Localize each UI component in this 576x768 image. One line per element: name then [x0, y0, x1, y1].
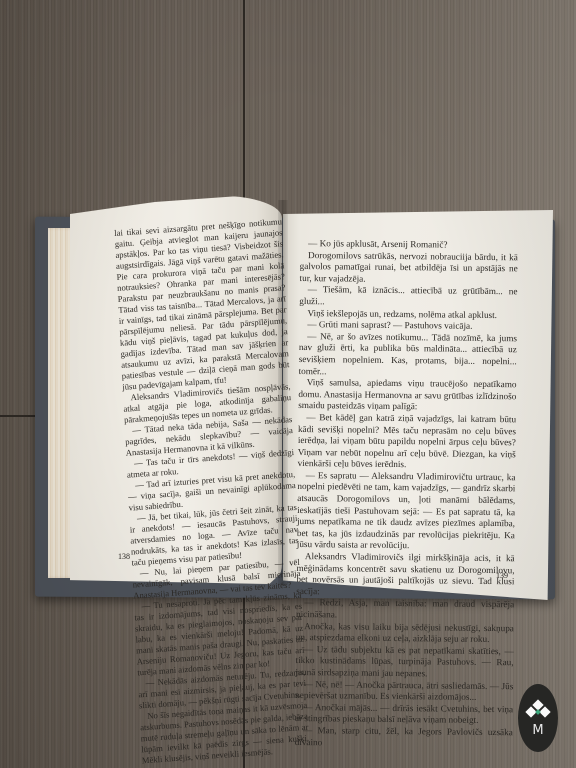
- flower-logo-icon: [526, 700, 550, 722]
- paragraph: — Redzi, Asja, man taisnība: man draud v…: [296, 597, 514, 622]
- paragraph: No šīs negaidītās toņa maiņas it kā uzvē…: [139, 700, 309, 767]
- right-page-text: — Ko jūs apklusāt, Arsenij Romanič? Doro…: [295, 238, 518, 750]
- paragraph: — Uz tādu subjektu kā es pat nepatīkami …: [295, 644, 513, 681]
- paragraph: — Nē, ar šo avīzes notikumu... Tādā nozī…: [299, 331, 517, 380]
- paragraph: — Anočkai mājās... — drīrās iesākt Cvetu…: [295, 702, 513, 727]
- paragraph: Anočka, kas visu laiku bija sēdējusi nek…: [296, 621, 514, 646]
- paragraph: — Man, starp citu, žēl, ka Jegors Pavlov…: [295, 725, 513, 750]
- open-book: lai tikai sevi aizsargātu pret nešķīgo n…: [0, 0, 576, 768]
- watermark-badge: M: [518, 684, 558, 752]
- paragraph: Viņš samulsa, apiedams viņu traucējošo n…: [298, 377, 516, 414]
- paragraph: — Tiešām, kā iznācis... attiecībā uz grū…: [299, 284, 517, 309]
- paragraph: — Bet kādēļ gan katrā ziņā vajadzīgs, la…: [298, 412, 517, 472]
- paragraph: Aleksandrs Vladimirovičs ilgi mirkšķināj…: [296, 551, 514, 600]
- paragraph: — Es sapratu — Aleksandru Vladimirovičtu…: [297, 470, 516, 553]
- paragraph: — Tu nesaproti. Ja pēc tam kļūs zināms, …: [134, 590, 306, 679]
- right-page-number: 139: [496, 571, 508, 580]
- left-page-text: lai tikai sevi aizsargātu pret nešķīgo n…: [114, 216, 310, 766]
- paragraph: Dorogomilovs satrūkās, nervozi nobraucii…: [300, 250, 518, 287]
- left-page-number: 138: [118, 552, 130, 561]
- paragraph: — Nē, nē! — Anočka pārtrauca, ātri sasli…: [295, 679, 513, 704]
- watermark-letter: M: [532, 724, 543, 737]
- paragraph: lai tikai sevi aizsargātu pret nešķīgo n…: [114, 216, 290, 393]
